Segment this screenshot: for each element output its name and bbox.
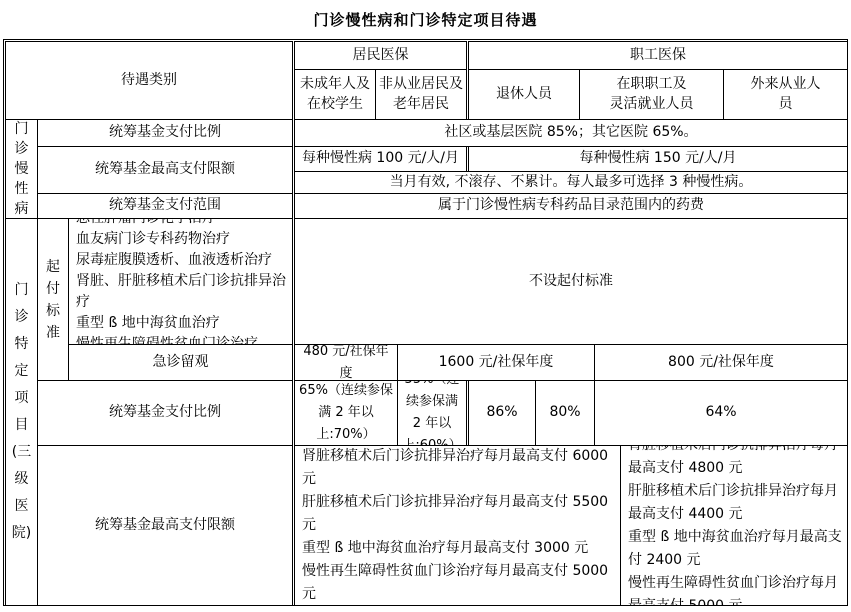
header-col-minors: 未成年人及 在校学生: [294, 69, 376, 120]
chronic-scope-value: 属于门诊慢性病专科药品目录范围内的药费: [294, 193, 848, 219]
special-obs-minors: 480 元/社保年度: [294, 344, 398, 381]
header-group-employee: 职工医保: [468, 41, 848, 70]
special-deductible-label: 起 付 标 准: [37, 218, 69, 381]
benefits-table: 待遇类别 居民医保 职工医保 未成年人及 在校学生 非从业居民及 老年居民 退休…: [3, 39, 848, 606]
special-no-deductible: 不设起付标准: [294, 218, 848, 345]
special-ratio-active: 80%: [535, 380, 595, 446]
special-ratio-migrant: 64%: [594, 380, 848, 446]
chronic-limit-resident: 每种慢性病 100 元/人/月: [294, 146, 467, 172]
section-label-special: 门 诊 特 定 项 目 (三 级 医 院): [5, 218, 38, 606]
header-col-migrant: 外来从业人 员: [723, 69, 848, 120]
special-obs-right: 800 元/社保年度: [594, 344, 848, 381]
chronic-scope-label: 统筹基金支付范围: [37, 193, 293, 219]
special-ratio-minors: 65%（连续参保满 2 年以上:70%）: [294, 380, 398, 446]
special-ratio-retired: 86%: [468, 380, 536, 446]
header-col-retired: 退休人员: [468, 69, 580, 120]
special-limit-mid: 肾脏移植术后门诊抗排异治疗每月最高支付 6000 元 肝脏移植术后门诊抗排异治疗…: [294, 445, 621, 606]
special-disease-list: 恶性肿瘤门诊化学治疗 血友病门诊专科药物治疗 尿毒症腹膜透析、血液透析治疗 肾脏…: [68, 218, 293, 345]
chronic-limit-employee: 每种慢性病 150 元/人/月: [468, 146, 848, 172]
header-col-active: 在职职工及 灵活就业人员: [579, 69, 724, 120]
page: 门诊慢性病和门诊特定项目待遇 待遇类别 居民医保 职工医保 未成年人及 在校学生…: [0, 0, 851, 612]
chronic-ratio-label: 统筹基金支付比例: [37, 119, 293, 147]
header-group-resident: 居民医保: [294, 41, 467, 70]
chronic-ratio-value: 社区或基层医院 85%；其它医院 65%。: [294, 119, 848, 147]
header-col-nonworking: 非从业居民及 老年居民: [375, 69, 467, 120]
chronic-limit-note: 当月有效, 不滚存、不累计。每人最多可选择 3 种慢性病。: [294, 171, 848, 194]
special-observation-label: 急诊留观: [68, 344, 293, 381]
special-ratio-nonworking: 55%（连续参保满 2 年以上:60%）: [397, 380, 467, 446]
special-obs-mid: 1600 元/社保年度: [397, 344, 595, 381]
special-limit-label: 统筹基金最高支付限额: [37, 445, 293, 606]
header-category: 待遇类别: [5, 41, 293, 120]
section-label-chronic: 门 诊 慢 性 病: [5, 119, 38, 219]
chronic-limit-label: 统筹基金最高支付限额: [37, 146, 293, 194]
special-ratio-label: 统筹基金支付比例: [37, 380, 293, 446]
page-title: 门诊慢性病和门诊特定项目待遇: [0, 9, 851, 30]
special-limit-right: 肾脏移植术后门诊抗排异治疗每月最高支付 4800 元 肝脏移植术后门诊抗排异治疗…: [620, 445, 848, 606]
